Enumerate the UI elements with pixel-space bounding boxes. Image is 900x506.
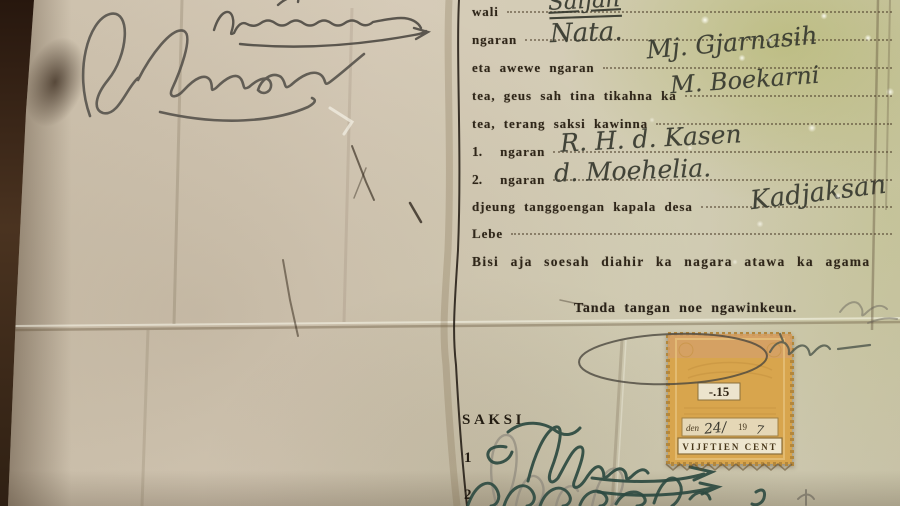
form-row: Lebe [472,226,892,248]
row-number: 1. [472,144,482,160]
witness-heading: SAKSI [462,412,525,429]
witness-number-1: 1 [464,450,472,467]
row-label: ngaran [472,32,517,48]
stamp-denomination: VIJFTIEN CENT [682,442,777,452]
stamp-faded-top-band [668,334,792,358]
handwritten-witness2-name: d. Moehelia. [554,153,712,187]
form-page: wali ngaran eta awewe ngaran tea, geus s… [458,0,900,506]
row-label: ngaran [500,172,545,188]
left-edge-shadow [0,0,95,506]
document-photo: wali ngaran eta awewe ngaran tea, geus s… [0,0,900,506]
officiant-signature-caption: Tanda tangan noe ngawinkeun. [574,301,797,317]
row-label: eta awewe ngaran [472,60,595,76]
form-row: wali [472,4,892,26]
stamp-date-prefix: den [686,423,699,433]
row-label: djeung tanggoengan kapala desa [472,199,693,215]
revenue-stamp: -.15 den 24/ 19 7 VIJFTIEN CENT [664,330,796,468]
stamp-date-handwritten: 24/ [702,419,728,438]
row-label: ngaran [500,144,545,160]
handwritten-bride-name-entry: Mj. Gjarnasih [645,21,819,65]
warning-line: Bisi aja soesah diahir ka nagara atawa k… [472,254,870,270]
row-label: wali [472,4,499,20]
row-label: tea, geus sah tina tikahna ka [472,88,677,104]
stamp-value: -.15 [709,384,730,399]
stamp-date-year: 19 [738,422,748,432]
bottom-edge-shadow [0,470,900,506]
row-number: 2. [472,172,482,188]
pencil-signature-large [83,14,364,121]
dotted-fill-line [511,233,892,235]
handwritten-ngaran-entry: Nata. [549,17,622,50]
row-label: Lebe [472,226,503,242]
document-paper: wali ngaran eta awewe ngaran tea, geus s… [0,0,900,506]
pencil-signature-upper [214,0,428,47]
